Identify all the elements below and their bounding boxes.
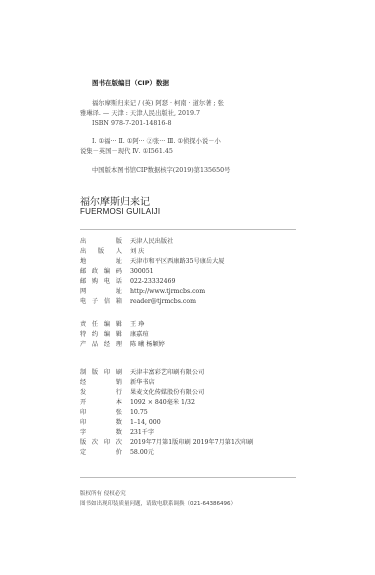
info-label: 邮购电话 <box>80 277 122 287</box>
info-label: 经销 <box>80 378 122 388</box>
book-title-pinyin: FUERMOSI GUILAIJI <box>80 207 160 216</box>
info-value: 1–14, 000 <box>130 418 161 428</box>
info-row: 定价58.00元 <box>80 448 154 458</box>
cip-record-number: 中国版本图书馆CIP数据核字(2019)第135650号 <box>92 166 230 176</box>
info-value: 刘 庆 <box>130 247 144 257</box>
cip-entry-line: 雅琳译. — 天津 : 天津人民出版社, 2019.7 <box>80 109 200 119</box>
info-row: 网址http://www.tjrmcbs.com <box>80 287 205 297</box>
info-label: 印张 <box>80 408 122 418</box>
info-label: 制版印刷 <box>80 368 122 378</box>
info-value: 022-23332469 <box>130 277 175 287</box>
info-row: 电子信箱reader@tjrmcbs.com <box>80 297 196 307</box>
cip-classification: 说集－英国－现代 Ⅳ. ①I561.45 <box>80 147 173 157</box>
info-row: 版次印次2019年7月第1版印刷 2019年7月第1次印刷 <box>80 438 253 448</box>
info-label: 出版人 <box>80 247 122 257</box>
info-row: 出版天津人民出版社 <box>80 237 173 247</box>
info-label: 版次印次 <box>80 438 122 448</box>
quality-notice: 图书如出现印装质量问题，请致电联系调换（021-64386496） <box>80 499 236 507</box>
info-row: 特约编辑康嘉瑄 <box>80 330 149 340</box>
info-value: 果麦文化传媒股份有限公司 <box>130 388 204 398</box>
info-label: 印数 <box>80 418 122 428</box>
info-row: 产品经理陈 曦 杨颖婷 <box>80 340 165 350</box>
info-value: 康嘉瑄 <box>130 330 149 340</box>
cip-heading: 图书在版编目（CIP）数据 <box>92 78 169 87</box>
divider <box>80 229 296 230</box>
info-value: 天津丰富彩艺印刷有限公司 <box>130 368 204 378</box>
info-label: 出版 <box>80 237 122 247</box>
info-value: 天津人民出版社 <box>130 237 173 247</box>
info-row: 邮购电话022-23332469 <box>80 277 175 287</box>
cip-entry-line: 福尔摩斯归来记 / (英) 阿瑟 · 柯南 · 道尔著 ; 张 <box>92 99 224 109</box>
divider <box>80 477 296 478</box>
info-label: 定价 <box>80 448 122 458</box>
info-value: 新华书店 <box>130 378 155 388</box>
info-row: 邮政编码300051 <box>80 267 154 277</box>
info-label: 特约编辑 <box>80 330 122 340</box>
info-value: 1092 × 840毫米 1/32 <box>130 398 195 408</box>
info-label: 发行 <box>80 388 122 398</box>
info-value: 王 琤 <box>130 320 144 330</box>
copyright-notice: 版权所有 侵权必究 <box>80 489 126 497</box>
cip-isbn: ISBN 978-7-201-14816-8 <box>92 119 172 129</box>
info-row: 发行果麦文化传媒股份有限公司 <box>80 388 204 398</box>
cip-classification: Ⅰ. ①福··· Ⅱ. ①阿··· ②张··· Ⅲ. ①侦探小说－小 <box>92 137 221 147</box>
info-row: 地址天津市和平区西康路35号康岳大厦 <box>80 257 225 267</box>
info-row: 出版人刘 庆 <box>80 247 144 257</box>
info-row: 责任编辑王 琤 <box>80 320 144 330</box>
info-label: 字数 <box>80 428 122 438</box>
info-row: 制版印刷天津丰富彩艺印刷有限公司 <box>80 368 204 378</box>
info-row: 印张10.75 <box>80 408 148 418</box>
info-label: 地址 <box>80 257 122 267</box>
info-label: 网址 <box>80 287 122 297</box>
info-row: 印数1–14, 000 <box>80 418 161 428</box>
info-value: 231千字 <box>130 428 154 438</box>
info-value: 2019年7月第1版印刷 2019年7月第1次印刷 <box>130 438 253 448</box>
info-row: 经销新华书店 <box>80 378 155 388</box>
info-label: 邮政编码 <box>80 267 122 277</box>
info-value: 58.00元 <box>130 448 154 458</box>
info-label: 开本 <box>80 398 122 408</box>
info-value: 300051 <box>130 267 154 277</box>
info-value: 陈 曦 杨颖婷 <box>130 340 165 350</box>
info-value: 天津市和平区西康路35号康岳大厦 <box>130 257 225 267</box>
info-value: 10.75 <box>130 408 148 418</box>
info-label: 产品经理 <box>80 340 122 350</box>
book-title: 福尔摩斯归来记 <box>80 193 150 208</box>
info-label: 责任编辑 <box>80 320 122 330</box>
info-row: 开本1092 × 840毫米 1/32 <box>80 398 195 408</box>
email-address: reader@tjrmcbs.com <box>130 297 196 307</box>
website-link: http://www.tjrmcbs.com <box>130 287 205 297</box>
info-row: 字数231千字 <box>80 428 154 438</box>
info-label: 电子信箱 <box>80 297 122 307</box>
